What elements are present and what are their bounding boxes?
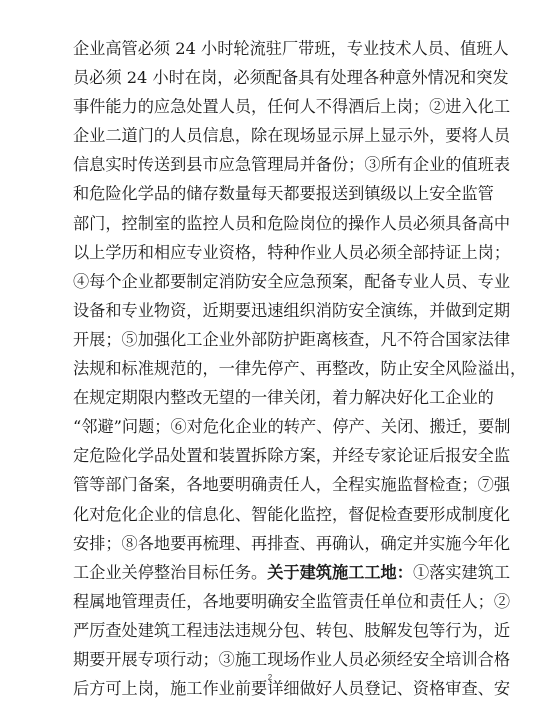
text-line: 定危险化学品处置和装置拆除方案，并经专家论证后报安全监 xyxy=(73,441,465,470)
text-line: 期要开展专项行动；③施工现场作业人员必须经安全培训合格 xyxy=(73,645,465,674)
text-line-with-heading: 工企业关停整治目标任务。关于建筑施工工地：①落实建筑工 xyxy=(73,558,465,587)
text-run: 工企业关停整治目标任务。 xyxy=(73,563,267,582)
text-line: 程属地管理责任，各地要明确安全监管责任单位和责任人；② xyxy=(73,587,465,616)
text-line: 管等部门备案，各地要明确责任人，全程实施监督检查；⑦强 xyxy=(73,470,465,499)
text-line: 在规定期限内整改无望的一律关闭，着力解决好化工企业的 xyxy=(73,383,465,412)
text-line: 开展；⑤加强化工企业外部防护距离核查，凡不符合国家法律 xyxy=(73,325,465,354)
document-page: 企业高管必须 24 小时轮流驻厂带班，专业技术人员、值班人 员必须 24 小时在… xyxy=(0,0,540,708)
text-line: 企业高管必须 24 小时轮流驻厂带班，专业技术人员、值班人 xyxy=(73,34,465,63)
text-line: “邻避”问题；⑥对危化企业的转产、停产、关闭、搬迁，要制 xyxy=(73,412,465,441)
text-line: 信息实时传送到县市应急管理局并备份；③所有企业的值班表 xyxy=(73,150,465,179)
page-number: 2 xyxy=(0,673,540,682)
text-run: ①落实建筑工 xyxy=(413,563,510,582)
body-text: 企业高管必须 24 小时轮流驻厂带班，专业技术人员、值班人 员必须 24 小时在… xyxy=(73,34,465,703)
text-line: 员必须 24 小时在岗，必须配备具有处理各种意外情况和突发 xyxy=(73,63,465,92)
text-line: 安排；⑧各地要再梳理、再排查、再确认，确定并实施今年化 xyxy=(73,529,465,558)
text-line: 设备和专业物资，近期要迅速组织消防安全演练，并做到定期 xyxy=(73,296,465,325)
text-line: 部门，控制室的监控人员和危险岗位的操作人员必须具备高中 xyxy=(73,209,465,238)
text-line: 和危险化学品的储存数量每天都要报送到镇级以上安全监管 xyxy=(73,179,465,208)
text-line: 企业二道门的人员信息，除在现场显示屏上显示外，要将人员 xyxy=(73,121,465,150)
text-line: 化对危化企业的信息化、智能化监控，督促检查要形成制度化 xyxy=(73,500,465,529)
section-heading-construction-sites: 关于建筑施工工地： xyxy=(267,563,413,582)
text-line: 法规和标准规范的，一律先停产、再整改，防止安全风险溢出， xyxy=(73,354,465,383)
text-line: 事件能力的应急处置人员，任何人不得酒后上岗；②进入化工 xyxy=(73,92,465,121)
text-line: 严厉查处建筑工程违法违规分包、转包、肢解发包等行为，近 xyxy=(73,616,465,645)
text-line: 以上学历和相应专业资格，特种作业人员必须全部持证上岗； xyxy=(73,238,465,267)
text-line: ④每个企业都要制定消防安全应急预案，配备专业人员、专业 xyxy=(73,267,465,296)
